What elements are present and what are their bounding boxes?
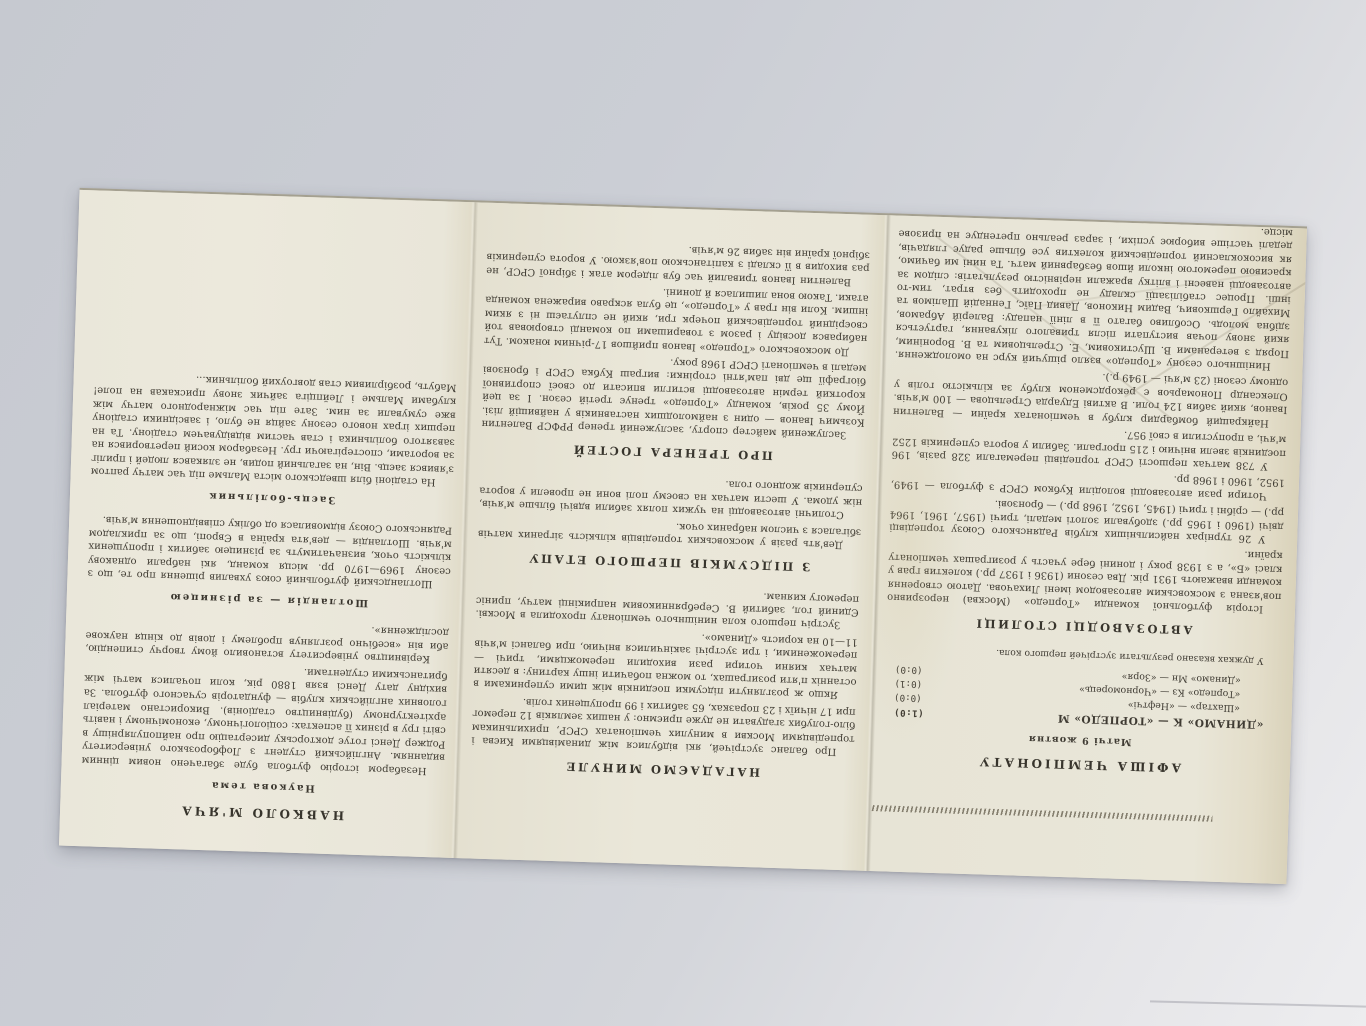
photo-scene: АФІША ЧЕМПІОНАТУ Матчі 9 жовтня «ДИНАМО»… <box>0 0 1366 1026</box>
paragraph: Шотландський футбольний союз ухвалив ріш… <box>87 512 452 591</box>
folded-programme-upside-down: АФІША ЧЕМПІОНАТУ Матчі 9 жовтня «ДИНАМО»… <box>59 188 1307 884</box>
paragraph: На стадіоні біля шведського міста Мальме… <box>91 369 457 489</box>
chain-ornament-rule <box>870 805 1212 822</box>
paragraph: Керівництво університету встановило йому… <box>85 614 449 666</box>
trener-title: ПРО ТРЕНЕРА ГОСТЕЙ <box>480 440 863 466</box>
paragraph: Якщо ж розглянути підсумки поєдинків між… <box>473 623 858 702</box>
navkolo-section-title: Заєць-болільник <box>90 487 453 509</box>
paragraph: Про баланс зустрічей, які відбулися між … <box>471 693 855 759</box>
pidsumky-title: З ПІДСУМКІВ ПЕРШОГО ЕТАПУ <box>477 550 860 576</box>
programme-panel-navkolo: НАВКОЛО М'ЯЧА Наукова тема Незабаром іст… <box>59 190 474 858</box>
navkolo-section-title: Наукова тема <box>81 775 444 797</box>
afisha-subtitle: Матчі 9 жовтня <box>883 728 1277 751</box>
paragraph: Заслужений майстер спорту, заслужений тр… <box>481 349 866 441</box>
paragraph: Нинішнього сезону «Торпедо» взяло рішучи… <box>895 215 1293 373</box>
navkolo-section-title: Шотландія — за різницею <box>87 589 450 611</box>
paragraph: До московського «Торпедо» Іванов прийшов… <box>484 279 869 358</box>
programme-panel-middle: НАГАДАЄМО МИНУЛЕ Про баланс зустрічей, я… <box>454 202 887 871</box>
table-edge-line <box>1150 1000 1366 1007</box>
navkolo-title: НАВКОЛО М'ЯЧА <box>80 800 443 825</box>
programme-panel-afisha: АФІША ЧЕМПІОНАТУ Матчі 9 жовтня «ДИНАМО»… <box>867 215 1307 884</box>
paragraph: Незабаром історію футбола буде збагачено… <box>81 658 447 778</box>
nahadaiemo-title: НАГАДАЄМО МИНУЛЕ <box>471 756 854 782</box>
afisha-title: АФІША ЧЕМПІОНАТУ <box>882 751 1276 777</box>
